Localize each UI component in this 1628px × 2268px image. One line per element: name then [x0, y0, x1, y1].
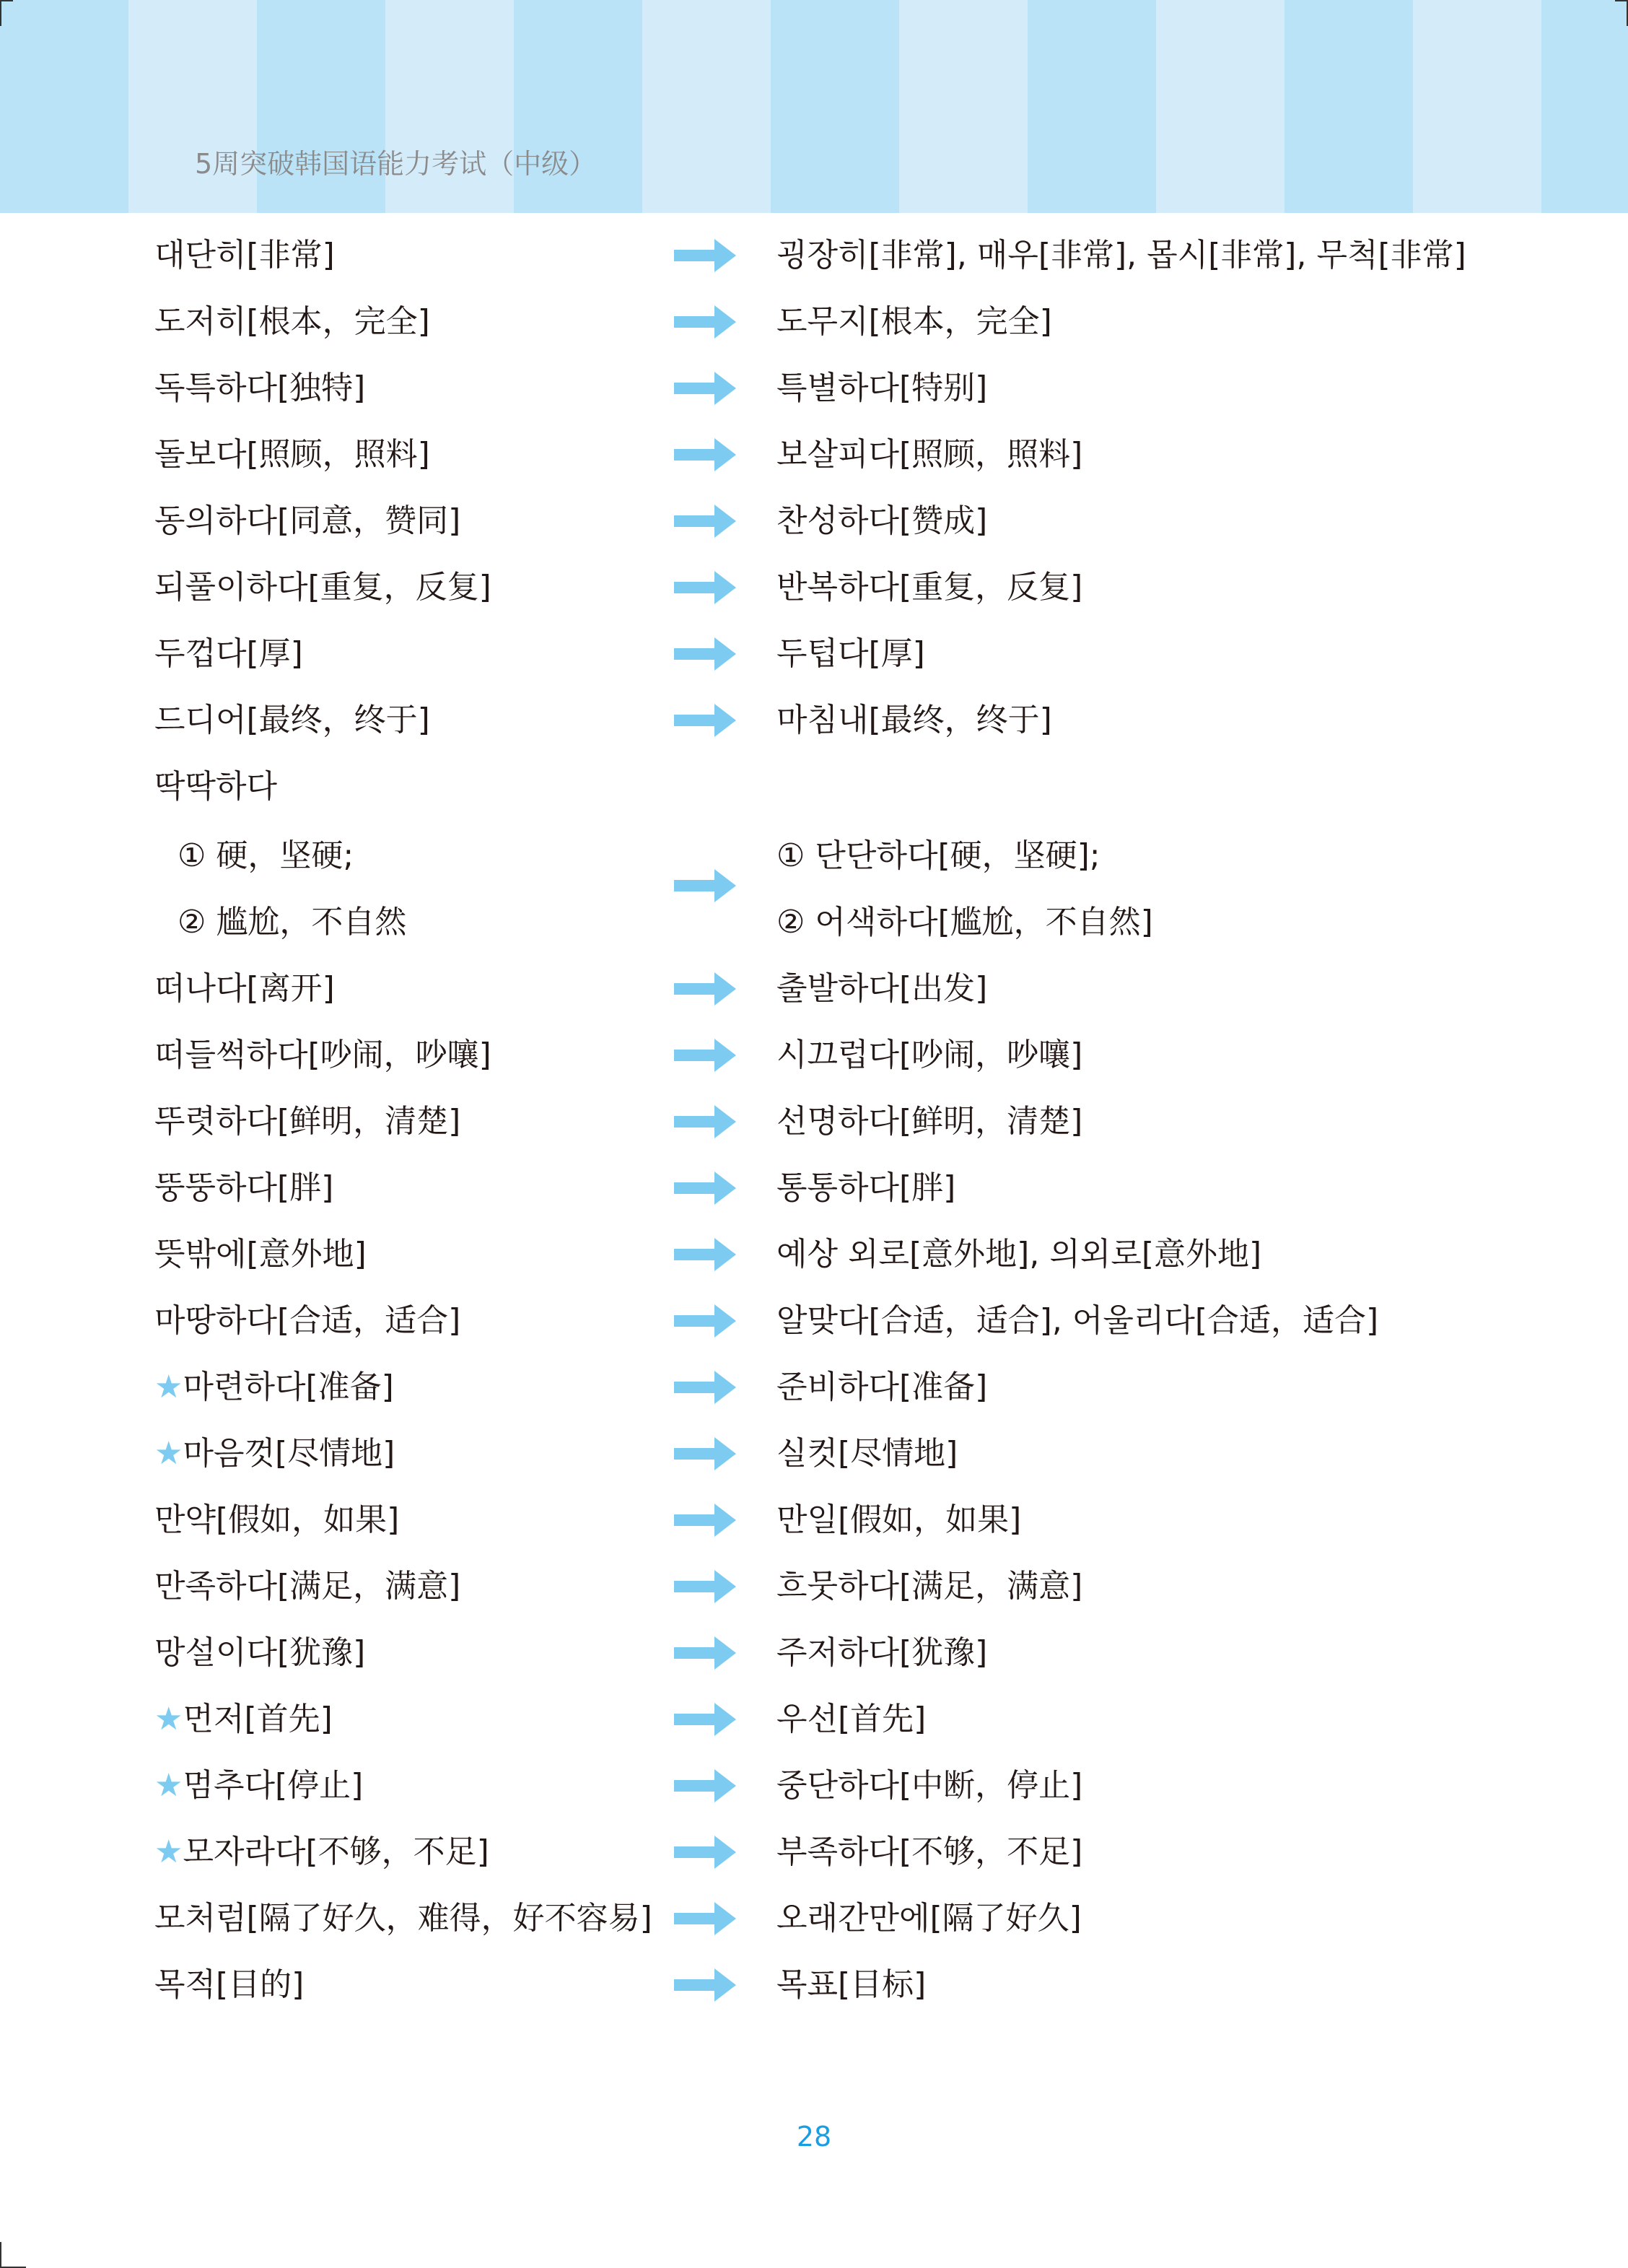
arrow-right-icon	[674, 1172, 738, 1205]
crop-mark-bottom-left	[0, 2242, 26, 2268]
word-right: 보살피다[照顾，照料]	[776, 433, 1082, 476]
word-right: 주저하다[犹豫]	[776, 1631, 987, 1675]
arrow-right-icon	[674, 1304, 738, 1338]
word-left: 동의하다[同意，赞同]	[154, 500, 460, 543]
star-icon: ★	[154, 1767, 183, 1804]
word-right: 굉장히[非常], 매우[非常], 몹시[非常], 무척[非常]	[776, 234, 1466, 277]
sense-right: ① 단단하다[硬，坚硬];	[776, 834, 1100, 878]
synonym-row: 독특하다[独特] 특별하다[特别]	[0, 367, 1628, 410]
page-header-banner: 5周突破韩国语能力考试（中级）	[0, 0, 1628, 213]
sense-left: ① 硬，坚硬;	[178, 834, 354, 878]
crop-mark-top-right	[1615, 0, 1628, 26]
word-left: 떠들썩하다[吵闹，吵嚷]	[154, 1034, 491, 1077]
word-right: 실컷[尽情地]	[776, 1432, 958, 1475]
synonym-row: 모처럼[隔了好久，难得，好不容易] 오래간만에[隔了好久]	[0, 1897, 1628, 1940]
word-left: 드디어[最终，终于]	[154, 699, 430, 742]
synonym-row: 드디어[最终，终于] 마침내[最终，终于]	[0, 699, 1628, 742]
crop-mark-top-left	[0, 0, 13, 26]
word-left: 떠나다[离开]	[154, 967, 335, 1011]
word-left: ★멈추다[停止]	[154, 1764, 363, 1807]
word-right: 찬성하다[赞成]	[776, 500, 987, 543]
arrow-right-icon	[674, 1703, 738, 1736]
arrow-right-icon	[674, 1105, 738, 1138]
synonym-row: 동의하다[同意，赞同] 찬성하다[赞成]	[0, 500, 1628, 543]
word-left: 두껍다[厚]	[154, 632, 303, 676]
word-left: 뜻밖에[意外地]	[154, 1233, 367, 1276]
arrow-right-icon	[674, 1039, 738, 1072]
page-number: 28	[0, 2121, 1628, 2153]
word-left: 만족하다[满足，满意]	[154, 1565, 460, 1608]
word-right: 출발하다[出发]	[776, 967, 987, 1011]
word-left: 모처럼[隔了好久，难得，好不容易]	[154, 1897, 652, 1940]
star-icon: ★	[154, 1369, 183, 1405]
arrow-right-icon	[674, 1836, 738, 1869]
word-right: 도무지[根本，完全]	[776, 300, 1052, 344]
word-right: 예상 외로[意外地], 의외로[意外地]	[776, 1233, 1261, 1276]
synonym-row: 뜻밖에[意外地] 예상 외로[意外地], 의외로[意外地]	[0, 1233, 1628, 1276]
word-right: 목표[目标]	[776, 1963, 926, 2007]
arrow-right-icon	[674, 372, 738, 405]
word-left: 뚱뚱하다[胖]	[154, 1166, 333, 1210]
synonym-row: 목적[目的] 목표[目标]	[0, 1963, 1628, 2007]
arrow-right-icon	[674, 1902, 738, 1935]
sense-row: ① 硬，坚硬; ① 단단하다[硬，坚硬];	[0, 834, 1628, 878]
arrow-right-icon	[674, 1238, 738, 1271]
word-right: 중단하다[中断，停止]	[776, 1764, 1082, 1807]
synonym-row: 만약[假如，如果] 만일[假如，如果]	[0, 1499, 1628, 1542]
synonym-row: 두껍다[厚] 두텁다[厚]	[0, 632, 1628, 676]
word-right: 알맞다[合适，适合], 어울리다[合适，适合]	[776, 1299, 1378, 1343]
arrow-right-icon	[674, 1371, 738, 1404]
arrow-right-icon	[674, 704, 738, 737]
word-left: ★마음껏[尽情地]	[154, 1432, 395, 1475]
word-right: 우선[首先]	[776, 1698, 926, 1741]
synonym-row: 만족하다[满足，满意] 흐뭇하다[满足，满意]	[0, 1565, 1628, 1608]
arrow-right-icon	[674, 1570, 738, 1603]
word-right: 두텁다[厚]	[776, 632, 925, 676]
word-right: 만일[假如，如果]	[776, 1499, 1021, 1542]
star-icon: ★	[154, 1833, 183, 1870]
word-right: 특별하다[特别]	[776, 367, 987, 410]
arrow-right-icon	[674, 1636, 738, 1670]
headword: 딱딱하다	[154, 765, 277, 808]
arrow-right-icon	[674, 305, 738, 339]
arrow-right-icon	[674, 505, 738, 538]
star-icon: ★	[154, 1701, 183, 1737]
synonym-row: 도저히[根本，完全] 도무지[根本，完全]	[0, 300, 1628, 344]
arrow-right-icon	[674, 637, 738, 671]
synonym-row: 마땅하다[合适，适合] 알맞다[合适，适合], 어울리다[合适，适合]	[0, 1299, 1628, 1343]
arrow-right-icon	[674, 571, 738, 604]
arrow-right-icon	[674, 869, 738, 902]
word-right: 마침내[最终，终于]	[776, 699, 1052, 742]
multi-sense-headword-row: 딱딱하다	[0, 765, 1628, 808]
word-left: 독특하다[独特]	[154, 367, 365, 410]
word-right: 선명하다[鲜明，清楚]	[776, 1100, 1082, 1143]
word-left: 망설이다[犹豫]	[154, 1631, 365, 1675]
word-right: 오래간만에[隔了好久]	[776, 1897, 1082, 1940]
arrow-right-icon	[674, 239, 738, 272]
word-left: 뚜렷하다[鲜明，清楚]	[154, 1100, 460, 1143]
arrow-right-icon	[674, 1437, 738, 1470]
word-left: ★먼저[首先]	[154, 1698, 333, 1741]
word-left: ★마련하다[准备]	[154, 1366, 394, 1409]
word-right: 반복하다[重复，反复]	[776, 566, 1082, 609]
word-right: 부족하다[不够，不足]	[776, 1831, 1082, 1874]
arrow-right-icon	[674, 972, 738, 1006]
arrow-right-icon	[674, 1769, 738, 1802]
word-left: 마땅하다[合适，适合]	[154, 1299, 460, 1343]
word-left: 도저히[根本，完全]	[154, 300, 430, 344]
word-left: ★모자라다[不够，不足]	[154, 1831, 489, 1874]
synonym-row-starred: ★마음껏[尽情地] 실컷[尽情地]	[0, 1432, 1628, 1475]
synonym-row: 되풀이하다[重复，反复] 반복하다[重复，反复]	[0, 566, 1628, 609]
word-left: 돌보다[照顾，照料]	[154, 433, 430, 476]
synonym-row-starred: ★마련하다[准备] 준비하다[准备]	[0, 1366, 1628, 1409]
arrow-right-icon	[674, 1504, 738, 1537]
star-icon: ★	[154, 1435, 183, 1472]
synonym-row: 뚱뚱하다[胖] 통통하다[胖]	[0, 1166, 1628, 1210]
book-title: 5周突破韩国语能力考试（中级）	[195, 141, 596, 181]
word-left: 되풀이하다[重复，反复]	[154, 566, 491, 609]
sense-left: ② 尴尬，不自然	[178, 901, 406, 944]
synonym-row: 망설이다[犹豫] 주저하다[犹豫]	[0, 1631, 1628, 1675]
word-left: 만약[假如，如果]	[154, 1499, 399, 1542]
synonym-row: 떠나다[离开] 출발하다[出发]	[0, 967, 1628, 1011]
word-left: 대단히[非常]	[154, 234, 335, 277]
word-right: 시끄럽다[吵闹，吵嚷]	[776, 1034, 1082, 1077]
word-right: 준비하다[准备]	[776, 1366, 987, 1409]
synonym-row: 돌보다[照顾，照料] 보살피다[照顾，照料]	[0, 433, 1628, 476]
word-right: 흐뭇하다[满足，满意]	[776, 1565, 1082, 1608]
arrow-right-icon	[674, 1968, 738, 2002]
word-right: 통통하다[胖]	[776, 1166, 955, 1210]
word-left: 목적[目的]	[154, 1963, 304, 2007]
synonym-row-starred: ★모자라다[不够，不足] 부족하다[不够，不足]	[0, 1831, 1628, 1874]
arrow-right-icon	[674, 438, 738, 471]
synonym-row: 대단히[非常] 굉장히[非常], 매우[非常], 몹시[非常], 무척[非常]	[0, 234, 1628, 277]
synonym-row: 떠들썩하다[吵闹，吵嚷] 시끄럽다[吵闹，吵嚷]	[0, 1034, 1628, 1077]
sense-right: ② 어색하다[尴尬，不自然]	[776, 901, 1153, 944]
sense-row: ② 尴尬，不自然 ② 어색하다[尴尬，不自然]	[0, 901, 1628, 944]
synonym-row-starred: ★먼저[首先] 우선[首先]	[0, 1698, 1628, 1741]
synonym-row-starred: ★멈추다[停止] 중단하다[中断，停止]	[0, 1764, 1628, 1807]
synonym-row: 뚜렷하다[鲜明，清楚] 선명하다[鲜明，清楚]	[0, 1100, 1628, 1143]
